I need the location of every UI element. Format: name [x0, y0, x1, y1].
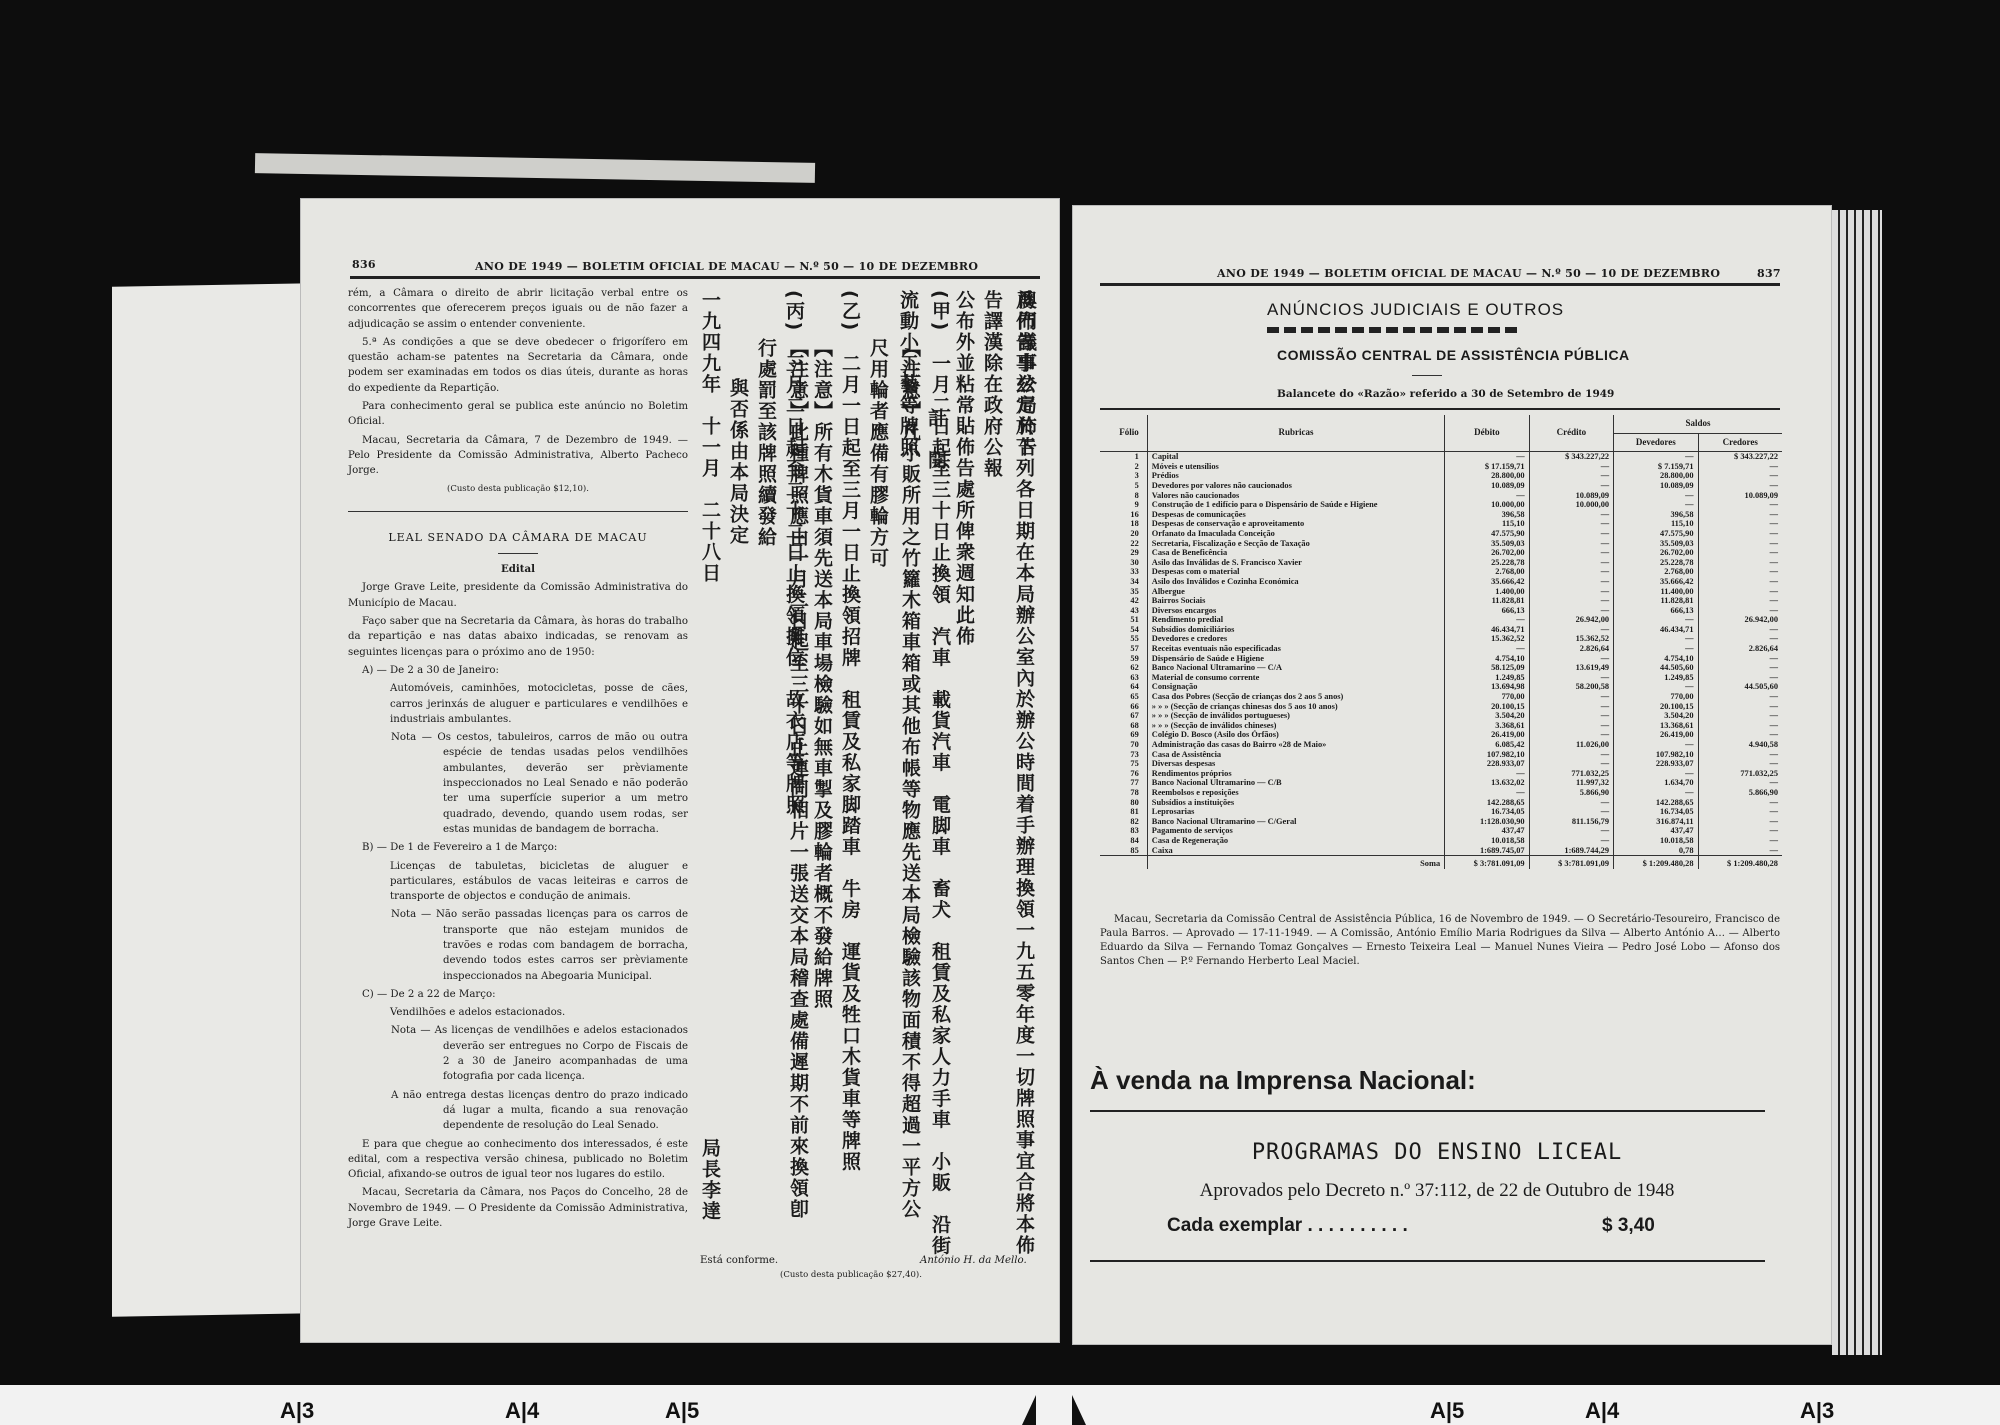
folio-cell: 20: [1100, 529, 1147, 539]
rubrica-cell: Pagamento de serviços: [1147, 826, 1444, 836]
rubrica-cell: Bairros Sociais: [1147, 596, 1444, 606]
paragraph: 5.ª As condições a que se deve obedecer …: [348, 335, 688, 396]
folio-cell: 76: [1100, 769, 1147, 779]
folio-cell: 68: [1100, 721, 1147, 731]
credores-cell: —: [1698, 634, 1782, 644]
credito-cell: —: [1529, 826, 1613, 836]
folio-cell: 29: [1100, 548, 1147, 558]
table-row: 84Casa de Regeneração10.018,58—10.018,58…: [1100, 836, 1782, 846]
section-title: ANÚNCIOS JUDICIAIS E OUTROS: [1267, 300, 1564, 320]
short-divider: [498, 553, 538, 554]
signatory-name: António H. da Mello.: [920, 1253, 1027, 1268]
table-row: 30Asilo das Inválidas de S. Francisco Xa…: [1100, 558, 1782, 568]
folio-cell: 62: [1100, 663, 1147, 673]
table-row: 34Asilo dos Inválidos e Cozinha Económic…: [1100, 577, 1782, 587]
rubrica-cell: Construção de 1 edifício para o Dispensá…: [1147, 500, 1444, 510]
table-row: 69Colégio D. Bosco (Asilo dos Órfãos)26.…: [1100, 730, 1782, 740]
credito-cell: 2.826,64: [1529, 644, 1613, 654]
credito-cell: 771.032,25: [1529, 769, 1613, 779]
folio-cell: 51: [1100, 615, 1147, 625]
devedores-cell: 666,13: [1614, 606, 1698, 616]
devedores-cell: 11.828,81: [1614, 596, 1698, 606]
debito-cell: 26.702,00: [1445, 548, 1529, 558]
devedores-cell: 1.249,85: [1614, 673, 1698, 683]
devedores-cell: $ 7.159,71: [1614, 462, 1698, 472]
folio-cell: 18: [1100, 519, 1147, 529]
paragraph: Para conhecimento geral se publica este …: [348, 399, 688, 430]
devedores-cell: 35.666,42: [1614, 577, 1698, 587]
total-devedores: $ 1:209.480,28: [1614, 856, 1698, 869]
devedores-cell: 107.982,10: [1614, 750, 1698, 760]
scan-mark: A|4: [1585, 1398, 1619, 1424]
rubrica-cell: Caixa: [1147, 846, 1444, 856]
credores-cell: —: [1698, 750, 1782, 760]
credito-cell: —: [1529, 654, 1613, 664]
table-row: 67» » » (Secção de inválidos portugueses…: [1100, 711, 1782, 721]
item-c-note: Nota — As licenças de vendilhões e adelo…: [348, 1023, 688, 1084]
center-arrow-left-icon: [1022, 1395, 1036, 1425]
portuguese-column-left: rém, a Câmara o direito de abrir licitaç…: [348, 286, 688, 1234]
devedores-cell: 228.933,07: [1614, 759, 1698, 769]
credito-cell: —: [1529, 711, 1613, 721]
rubrica-cell: Receitas eventuais não especificadas: [1147, 644, 1444, 654]
table-row: 83Pagamento de serviços437,47—437,47—: [1100, 826, 1782, 836]
debito-cell: 1.400,00: [1445, 587, 1529, 597]
debito-cell: 396,58: [1445, 510, 1529, 520]
header-debito: Débito: [1445, 415, 1529, 452]
credito-cell: —: [1529, 471, 1613, 481]
devedores-cell: 316.874,11: [1614, 817, 1698, 827]
credores-cell: —: [1698, 462, 1782, 472]
credores-cell: 4.940,58: [1698, 740, 1782, 750]
folio-cell: 75: [1100, 759, 1147, 769]
paragraph: rém, a Câmara o direito de abrir licitaç…: [348, 286, 688, 332]
credito-cell: 10.089,09: [1529, 491, 1613, 501]
debito-cell: —: [1445, 452, 1529, 462]
debito-cell: —: [1445, 644, 1529, 654]
table-row: 80Subsídios a instituições142.288,65—142…: [1100, 798, 1782, 808]
signature: Macau, Secretaria da Câmara, nos Paços d…: [348, 1185, 688, 1231]
rubrica-cell: Casa de Assistência: [1147, 750, 1444, 760]
debito-cell: 6.085,42: [1445, 740, 1529, 750]
table-row: 18Despesas de conservação e aproveitamen…: [1100, 519, 1782, 529]
rubrica-cell: Casa de Beneficência: [1147, 548, 1444, 558]
table-row: 64Consignação13.694,9858.200,58—44.505,6…: [1100, 682, 1782, 692]
debito-cell: 15.362,52: [1445, 634, 1529, 644]
folio-cell: 65: [1100, 692, 1147, 702]
credito-cell: —: [1529, 730, 1613, 740]
table-row: 1Capital—$ 343.227,22—$ 343.227,22: [1100, 452, 1782, 462]
table-row: 57Receitas eventuais não especificadas—2…: [1100, 644, 1782, 654]
devedores-cell: —: [1614, 634, 1698, 644]
table-top-rule: [1100, 408, 1780, 410]
signature-text: Macau, Secretaria da Comissão Central de…: [1100, 913, 1780, 969]
chinese-date: 一九四九年 十一月 二十八日: [694, 290, 726, 790]
rubrica-cell: Banco Nacional Ultramarino — C/A: [1147, 663, 1444, 673]
credores-cell: —: [1698, 807, 1782, 817]
rubrica-cell: Subsídios domiciliários: [1147, 625, 1444, 635]
devedores-cell: 3.504,20: [1614, 711, 1698, 721]
debito-cell: 20.100,15: [1445, 702, 1529, 712]
table-row: 73Casa de Assistência107.982,10—107.982,…: [1100, 750, 1782, 760]
rubrica-cell: Dispensário de Saúde e Higiene: [1147, 654, 1444, 664]
debito-cell: 10.000,00: [1445, 500, 1529, 510]
rubrica-cell: Rendimento predial: [1147, 615, 1444, 625]
credores-cell: —: [1698, 721, 1782, 731]
credito-cell: —: [1529, 548, 1613, 558]
devedores-cell: 770,00: [1614, 692, 1698, 702]
ad-price-label: Cada exemplar . . . . . . . . . .: [1167, 1215, 1408, 1237]
credores-cell: —: [1698, 673, 1782, 683]
page-number-right: 837: [1757, 267, 1781, 280]
total-credores: $ 1:209.480,28: [1698, 856, 1782, 869]
devedores-cell: 16.734,05: [1614, 807, 1698, 817]
credores-cell: —: [1698, 702, 1782, 712]
credores-cell: —: [1698, 606, 1782, 616]
table-row: 42Bairros Sociais11.828,81—11.828,81—: [1100, 596, 1782, 606]
debito-cell: 437,47: [1445, 826, 1529, 836]
credito-cell: —: [1529, 587, 1613, 597]
credito-cell: —: [1529, 673, 1613, 683]
chinese-column: 【注意】此種牌照應由一月二日起至三十日止連同相片一張送交本局稽查處備遲期不前來換…: [750, 338, 814, 1238]
credores-cell: —: [1698, 471, 1782, 481]
total-label: Soma: [1147, 856, 1444, 869]
rubrica-cell: Diversos encargos: [1147, 606, 1444, 616]
rubrica-cell: Rendimentos próprios: [1147, 769, 1444, 779]
credores-cell: $ 343.227,22: [1698, 452, 1782, 462]
credores-cell: —: [1698, 577, 1782, 587]
debito-cell: 1:689.745,07: [1445, 846, 1529, 856]
folio-cell: 57: [1100, 644, 1147, 654]
short-divider: [1412, 375, 1442, 376]
devedores-cell: —: [1614, 769, 1698, 779]
rubrica-cell: Leprosarias: [1147, 807, 1444, 817]
folio-cell: 1: [1100, 452, 1147, 462]
debito-cell: $ 17.159,71: [1445, 462, 1529, 472]
folio-cell: 63: [1100, 673, 1147, 683]
item-b-head: B) — De 1 de Fevereiro a 1 de Março:: [348, 840, 688, 855]
folio-cell: 59: [1100, 654, 1147, 664]
devedores-cell: 115,10: [1614, 519, 1698, 529]
ad-headline: À venda na Imprensa Nacional:: [1090, 1065, 1476, 1096]
devedores-cell: 10.089,09: [1614, 481, 1698, 491]
credores-cell: —: [1698, 548, 1782, 558]
debito-cell: 35.509,03: [1445, 539, 1529, 549]
scan-mark: A|4: [505, 1398, 539, 1424]
devedores-cell: 0,78: [1614, 846, 1698, 856]
rubrica-cell: Diversas despesas: [1147, 759, 1444, 769]
credito-cell: —: [1529, 539, 1613, 549]
scan-mark: A|3: [280, 1398, 314, 1424]
credito-cell: —: [1529, 558, 1613, 568]
credores-cell: —: [1698, 846, 1782, 856]
item-a-note: Nota — Os cestos, tabuleiros, carros de …: [348, 730, 688, 837]
credito-cell: —: [1529, 836, 1613, 846]
table-row: 51Rendimento predial—26.942,00—26.942,00: [1100, 615, 1782, 625]
debito-cell: 2.768,00: [1445, 567, 1529, 577]
folio-cell: 84: [1100, 836, 1147, 846]
credores-cell: —: [1698, 711, 1782, 721]
cost-note: (Custo desta publicação $12,10).: [348, 482, 688, 497]
rubrica-cell: Banco Nacional Ultramarino — C/B: [1147, 778, 1444, 788]
table-row: 29Casa de Beneficência26.702,00—26.702,0…: [1100, 548, 1782, 558]
devedores-cell: 26.702,00: [1614, 548, 1698, 558]
debito-cell: 11.828,81: [1445, 596, 1529, 606]
running-head-left: ANO DE 1949 — BOLETIM OFICIAL DE MACAU —…: [475, 260, 978, 273]
rubrica-cell: Valores não caucionados: [1147, 491, 1444, 501]
table-row: 20Orfanato da Imaculada Conceição47.575,…: [1100, 529, 1782, 539]
rubrica-cell: » » » (Secção de inválidos portugueses): [1147, 711, 1444, 721]
header-credores: Credores: [1698, 433, 1782, 452]
folio-cell: 22: [1100, 539, 1147, 549]
credito-cell: —: [1529, 596, 1613, 606]
total-folio: [1100, 856, 1147, 869]
credores-cell: —: [1698, 654, 1782, 664]
esta-conforme: Está conforme.: [700, 1253, 778, 1268]
debito-cell: 13.694,98: [1445, 682, 1529, 692]
left-page: 836 ANO DE 1949 — BOLETIM OFICIAL DE MAC…: [300, 198, 1060, 1343]
credito-cell: 11.997,32: [1529, 778, 1613, 788]
credito-cell: —: [1529, 481, 1613, 491]
credores-cell: 26.942,00: [1698, 615, 1782, 625]
credito-cell: —: [1529, 462, 1613, 472]
debito-cell: 1:128.030,90: [1445, 817, 1529, 827]
total-row: Soma$ 3:781.091,09$ 3:781.091,09$ 1:209.…: [1100, 856, 1782, 869]
rubrica-cell: Capital: [1147, 452, 1444, 462]
credito-cell: —: [1529, 692, 1613, 702]
debito-cell: —: [1445, 769, 1529, 779]
ad-rule-top: [1090, 1110, 1765, 1112]
folio-cell: 16: [1100, 510, 1147, 520]
paragraph: Macau, Secretaria da Câmara, 7 de Dezemb…: [348, 433, 688, 479]
devedores-cell: —: [1614, 452, 1698, 462]
paragraph: E para que chegue ao conhecimento dos in…: [348, 1137, 688, 1183]
devedores-cell: 4.754,10: [1614, 654, 1698, 664]
devedores-cell: 437,47: [1614, 826, 1698, 836]
credito-cell: 5.866,90: [1529, 788, 1613, 798]
table-row: 78Reembolsos e reposições—5.866,90—5.866…: [1100, 788, 1782, 798]
credito-cell: $ 343.227,22: [1529, 452, 1613, 462]
credores-cell: —: [1698, 596, 1782, 606]
table-row: 70Administração das casas do Bairro «28 …: [1100, 740, 1782, 750]
debito-cell: 16.734,05: [1445, 807, 1529, 817]
debito-cell: —: [1445, 615, 1529, 625]
section-title: LEAL SENADO DA CÂMARA DE MACAU: [348, 530, 688, 545]
debito-cell: 35.666,42: [1445, 577, 1529, 587]
rubrica-cell: Asilo das Inválidas de S. Francisco Xavi…: [1147, 558, 1444, 568]
rubrica-cell: Casa dos Pobres (Secção de crianças dos …: [1147, 692, 1444, 702]
table-row: 59Dispensário de Saúde e Higiene4.754,10…: [1100, 654, 1782, 664]
folio-cell: 8: [1100, 491, 1147, 501]
debito-cell: 3.504,20: [1445, 711, 1529, 721]
folio-cell: 81: [1100, 807, 1147, 817]
credito-cell: —: [1529, 577, 1613, 587]
devedores-cell: 35.509,03: [1614, 539, 1698, 549]
header-folio: Fólio: [1100, 415, 1147, 452]
credito-cell: 15.362,52: [1529, 634, 1613, 644]
credito-cell: 26.942,00: [1529, 615, 1613, 625]
rubrica-cell: Despesas de comunicações: [1147, 510, 1444, 520]
rubrica-cell: Secretaria, Fiscalização e Secção de Tax…: [1147, 539, 1444, 549]
debito-cell: 770,00: [1445, 692, 1529, 702]
devedores-cell: 13.368,61: [1614, 721, 1698, 731]
section-divider: [348, 511, 688, 512]
devedores-cell: 2.768,00: [1614, 567, 1698, 577]
devedores-cell: —: [1614, 788, 1698, 798]
rubrica-cell: Reembolsos e reposições: [1147, 788, 1444, 798]
table-row: 68» » » (Secção de inválidos chineses)3.…: [1100, 721, 1782, 731]
debito-cell: 10.089,09: [1445, 481, 1529, 491]
debito-cell: 10.018,58: [1445, 836, 1529, 846]
header-credito: Crédito: [1529, 415, 1613, 452]
item-a-head: A) — De 2 a 30 de Janeiro:: [348, 663, 688, 678]
devedores-cell: 1.634,70: [1614, 778, 1698, 788]
devedores-cell: —: [1614, 500, 1698, 510]
rubrica-cell: Albergue: [1147, 587, 1444, 597]
credores-cell: 10.089,09: [1698, 491, 1782, 501]
credito-cell: —: [1529, 798, 1613, 808]
ad-approval: Aprovados pelo Decreto n.º 37:112, de 22…: [1072, 1180, 1802, 1202]
table-row: 22Secretaria, Fiscalização e Secção de T…: [1100, 539, 1782, 549]
credores-cell: —: [1698, 567, 1782, 577]
folio-cell: 66: [1100, 702, 1147, 712]
ad-rule-bottom: [1090, 1260, 1765, 1262]
rubrica-cell: Orfanato da Imaculada Conceição: [1147, 529, 1444, 539]
devedores-cell: 10.018,58: [1614, 836, 1698, 846]
rubrica-cell: Prédios: [1147, 471, 1444, 481]
item-a-body: Automóveis, caminhões, motocicletas, pos…: [348, 681, 688, 727]
credito-cell: 58.200,58: [1529, 682, 1613, 692]
item-b-note: Nota — Não serão passadas licenças para …: [348, 907, 688, 983]
devedores-cell: 142.288,65: [1614, 798, 1698, 808]
credores-cell: —: [1698, 558, 1782, 568]
devedores-cell: 11.400,00: [1614, 587, 1698, 597]
rubrica-cell: Móveis e utensílios: [1147, 462, 1444, 472]
credores-cell: 5.866,90: [1698, 788, 1782, 798]
folio-cell: 30: [1100, 558, 1147, 568]
devedores-cell: —: [1614, 644, 1698, 654]
running-head-right: ANO DE 1949 — BOLETIM OFICIAL DE MACAU —…: [1217, 267, 1720, 280]
credito-cell: —: [1529, 606, 1613, 616]
credores-cell: —: [1698, 778, 1782, 788]
debito-cell: 115,10: [1445, 519, 1529, 529]
credores-cell: —: [1698, 836, 1782, 846]
folio-cell: 35: [1100, 587, 1147, 597]
credores-cell: —: [1698, 519, 1782, 529]
decorative-dashes: [1267, 327, 1517, 333]
folio-cell: 70: [1100, 740, 1147, 750]
folio-cell: 2: [1100, 462, 1147, 472]
header-rule-right: [1100, 283, 1780, 286]
folio-cell: 55: [1100, 634, 1147, 644]
right-page: ANO DE 1949 — BOLETIM OFICIAL DE MACAU —…: [1072, 205, 1832, 1345]
header-rule-left: [350, 276, 1040, 279]
table-row: 2Móveis e utensílios$ 17.159,71—$ 7.159,…: [1100, 462, 1782, 472]
credores-cell: —: [1698, 625, 1782, 635]
rubrica-cell: Colégio D. Bosco (Asilo dos Órfãos): [1147, 730, 1444, 740]
table-row: 63Material de consumo corrente1.249,85—1…: [1100, 673, 1782, 683]
devedores-cell: —: [1614, 682, 1698, 692]
folio-cell: 34: [1100, 577, 1147, 587]
credito-cell: —: [1529, 759, 1613, 769]
paragraph: Jorge Grave Leite, presidente da Comissã…: [348, 580, 688, 611]
credito-cell: —: [1529, 750, 1613, 760]
devedores-cell: 25.228,78: [1614, 558, 1698, 568]
chinese-column: 與否係由本局決定: [722, 378, 754, 678]
credores-cell: —: [1698, 663, 1782, 673]
credito-cell: —: [1529, 510, 1613, 520]
rubrica-cell: Devedores e credores: [1147, 634, 1444, 644]
folio-cell: 82: [1100, 817, 1147, 827]
table-body: 1Capital—$ 343.227,22—$ 343.227,222Móvei…: [1100, 452, 1782, 869]
scan-mark: A|3: [1800, 1398, 1834, 1424]
folio-cell: 5: [1100, 481, 1147, 491]
debito-cell: 666,13: [1445, 606, 1529, 616]
devedores-cell: 20.100,15: [1614, 702, 1698, 712]
credito-cell: —: [1529, 721, 1613, 731]
table-row: 65Casa dos Pobres (Secção de crianças do…: [1100, 692, 1782, 702]
folio-cell: 77: [1100, 778, 1147, 788]
credores-cell: 44.505,60: [1698, 682, 1782, 692]
devedores-cell: 26.419,00: [1614, 730, 1698, 740]
table-row: 55Devedores e credores15.362,5215.362,52…: [1100, 634, 1782, 644]
scan-mark: A|5: [665, 1398, 699, 1424]
credores-cell: —: [1698, 817, 1782, 827]
table-row: 66» » » (Secção de crianças chinesas dos…: [1100, 702, 1782, 712]
rubrica-cell: » » » (Secção de crianças chinesas dos 5…: [1147, 702, 1444, 712]
table-row: 35Albergue1.400,00—11.400,00—: [1100, 587, 1782, 597]
credito-cell: 11.026,00: [1529, 740, 1613, 750]
table-row: 33Despesas com o material2.768,00—2.768,…: [1100, 567, 1782, 577]
ad-title: PROGRAMAS DO ENSINO LICEAL: [1072, 1140, 1802, 1165]
credores-cell: 2.826,64: [1698, 644, 1782, 654]
credores-cell: —: [1698, 539, 1782, 549]
rubrica-cell: Despesas com o material: [1147, 567, 1444, 577]
credores-cell: 771.032,25: [1698, 769, 1782, 779]
devedores-cell: —: [1614, 615, 1698, 625]
table-row: 16Despesas de comunicações396,58—396,58—: [1100, 510, 1782, 520]
folio-cell: 78: [1100, 788, 1147, 798]
item-c-note-2: A não entrega destas licenças dentro do …: [348, 1088, 688, 1134]
page-stack-top: [255, 153, 815, 183]
devedores-cell: 396,58: [1614, 510, 1698, 520]
credores-cell: —: [1698, 500, 1782, 510]
credito-cell: 10.000,00: [1529, 500, 1613, 510]
paragraph: Faço saber que na Secretaria da Câmara, …: [348, 614, 688, 660]
table-row: 85Caixa1:689.745,071:689.744,290,78—: [1100, 846, 1782, 856]
debito-cell: 107.982,10: [1445, 750, 1529, 760]
table-row: 5Devedores por valores não caucionados10…: [1100, 481, 1782, 491]
folio-cell: 73: [1100, 750, 1147, 760]
folio-cell: 83: [1100, 826, 1147, 836]
debito-cell: 13.632,02: [1445, 778, 1529, 788]
table-row: 8Valores não caucionados—10.089,09—10.08…: [1100, 491, 1782, 501]
signature-block: Macau, Secretaria da Comissão Central de…: [1100, 913, 1780, 972]
credores-cell: —: [1698, 759, 1782, 769]
rubrica-cell: Despesas de conservação e aproveitamento: [1147, 519, 1444, 529]
devedores-cell: —: [1614, 740, 1698, 750]
credito-cell: —: [1529, 567, 1613, 577]
credores-cell: —: [1698, 529, 1782, 539]
rubrica-cell: Administração das casas do Bairro «28 de…: [1147, 740, 1444, 750]
table-row: 43Diversos encargos666,13—666,13—: [1100, 606, 1782, 616]
item-c-head: C) — De 2 a 22 de Março:: [348, 987, 688, 1002]
table-row: 54Subsídios domiciliários46.434,71—46.43…: [1100, 625, 1782, 635]
credito-cell: —: [1529, 529, 1613, 539]
ad-price: $ 3,40: [1602, 1215, 1655, 1237]
chinese-column: 【注意】凡小販所用之竹籮木箱車箱或其他布帳等物應先送本局檢驗該物面積不得超過一平…: [862, 338, 926, 1238]
balancete-table: Fólio Rubricas Débito Crédito Saldos Dev…: [1100, 415, 1782, 869]
